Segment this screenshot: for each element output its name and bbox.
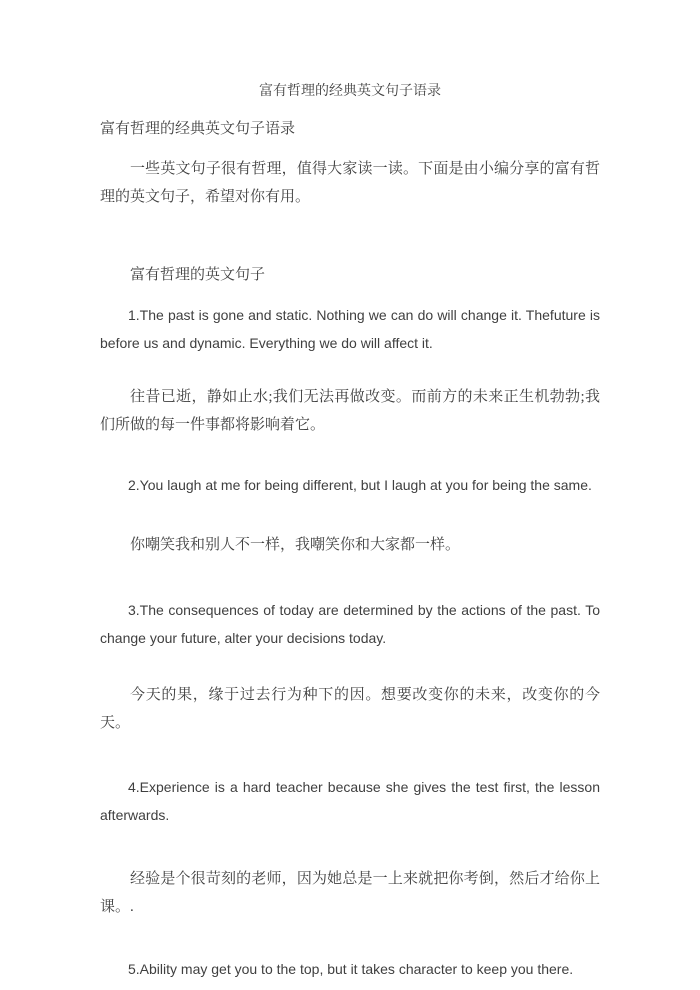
quote-3-chinese: 今天的果，缘于过去行为种下的因。想要改变你的未来，改变你的今天。 bbox=[100, 681, 600, 737]
quote-2-chinese: 你嘲笑我和别人不一样，我嘲笑你和大家都一样。 bbox=[100, 531, 600, 559]
document-title: 富有哲理的经典英文句子语录 bbox=[100, 78, 600, 106]
document-subtitle: 富有哲理的经典英文句子语录 bbox=[100, 115, 600, 143]
quote-5-english: 5.Ability may get you to the top, but it… bbox=[100, 955, 600, 983]
quote-4-english: 4.Experience is a hard teacher because s… bbox=[100, 773, 600, 829]
section-heading: 富有哲理的英文句子 bbox=[100, 261, 600, 289]
document-page: 富有哲理的经典英文句子语录 富有哲理的经典英文句子语录 一些英文句子很有哲理，值… bbox=[0, 0, 700, 990]
intro-paragraph: 一些英文句子很有哲理，值得大家读一读。下面是由小编分享的富有哲理的英文句子，希望… bbox=[100, 155, 600, 211]
quote-3-english: 3.The consequences of today are determin… bbox=[100, 596, 600, 652]
quote-4-chinese: 经验是个很苛刻的老师，因为她总是一上来就把你考倒，然后才给你上课。. bbox=[100, 865, 600, 921]
quote-2-english: 2.You laugh at me for being different, b… bbox=[100, 471, 600, 499]
quote-1-chinese: 往昔已逝，静如止水;我们无法再做改变。而前方的未来正生机勃勃;我们所做的每一件事… bbox=[100, 383, 600, 439]
quote-1-english: 1.The past is gone and static. Nothing w… bbox=[100, 301, 600, 357]
